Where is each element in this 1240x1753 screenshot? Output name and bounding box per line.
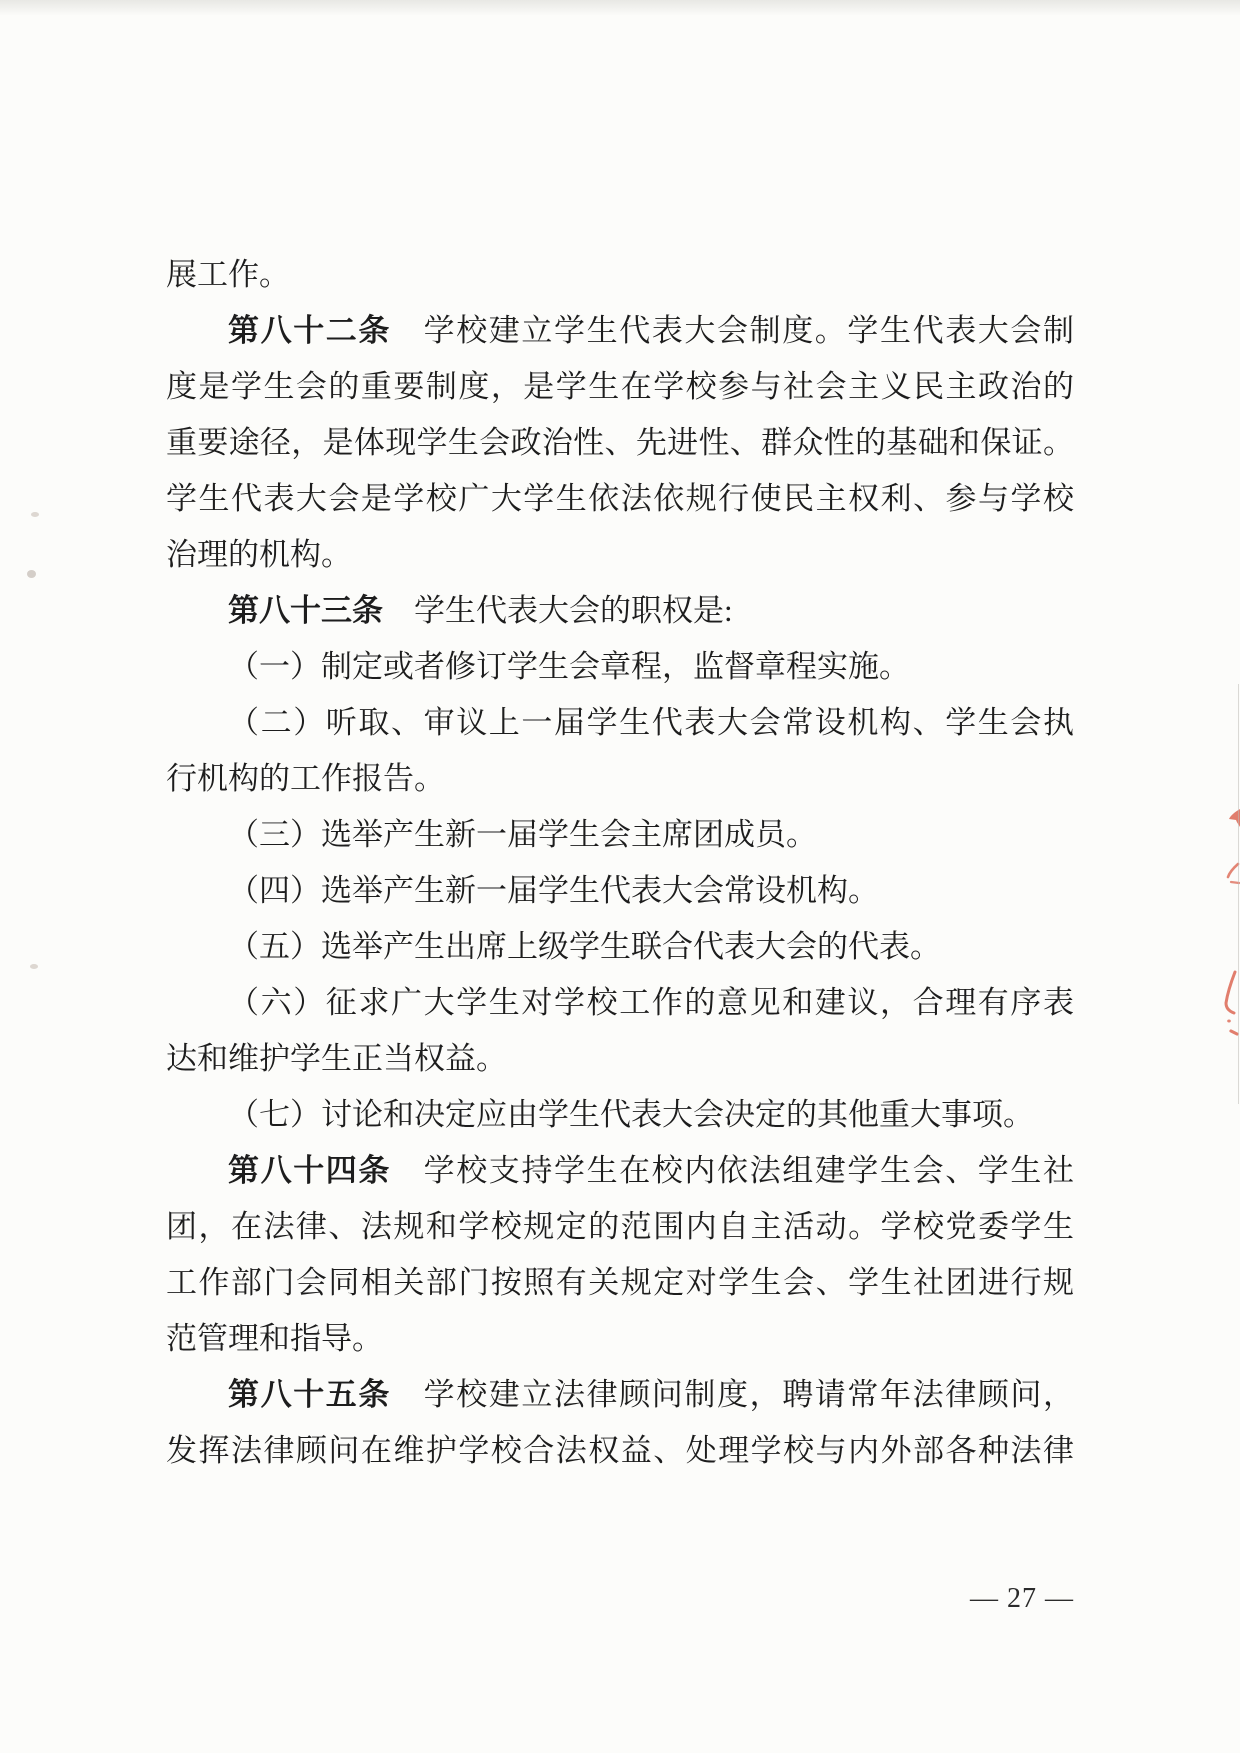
article-number: 第八十二条 [228, 313, 391, 348]
paragraph: （五）选举产生出席上级学生联合代表大会的代表。 [166, 919, 1074, 975]
paragraph: 第八十三条 学生代表大会的职权是: [166, 583, 1074, 639]
article-number: 第八十三条 [228, 593, 383, 628]
red-ink-marks [1218, 800, 1240, 1050]
text-line: 工作部门会同相关部门按照有关规定对学生会、学生社团进行规 [166, 1255, 1074, 1311]
page-number: — 27 — [922, 1583, 1122, 1615]
text-line: （四）选举产生新一届学生代表大会常设机构。 [166, 863, 1074, 919]
text-line: （五）选举产生出席上级学生联合代表大会的代表。 [166, 919, 1074, 975]
red-ink-stroke [1226, 972, 1235, 1013]
paragraph: （二）听取、审议上一届学生代表大会常设机构、学生会执行机构的工作报告。 [166, 695, 1074, 807]
text-line: 展工作。 [166, 247, 1074, 303]
scan-edge-line [1238, 684, 1239, 1104]
paper-speck [30, 964, 38, 969]
paragraph: （一）制定或者修订学生会章程，监督章程实施。 [166, 639, 1074, 695]
text-line: 第八十三条 学生代表大会的职权是: [166, 583, 1074, 639]
text-line: 行机构的工作报告。 [166, 751, 1074, 807]
text-line: （一）制定或者修订学生会章程，监督章程实施。 [166, 639, 1074, 695]
article-number: 第八十五条 [228, 1377, 391, 1412]
paragraph: （六）征求广大学生对学校工作的意见和建议，合理有序表达和维护学生正当权益。 [166, 975, 1074, 1087]
text-line: （三）选举产生新一届学生会主席团成员。 [166, 807, 1074, 863]
paragraph: （四）选举产生新一届学生代表大会常设机构。 [166, 863, 1074, 919]
paragraph: 展工作。 [166, 247, 1074, 303]
text-line: 治理的机构。 [166, 527, 1074, 583]
paper-speck [31, 512, 39, 517]
red-ink-stroke [1231, 1031, 1237, 1034]
text-line: 范管理和指导。 [166, 1311, 1074, 1367]
text-line: 度是学生会的重要制度，是学生在学校参与社会主义民主政治的 [166, 359, 1074, 415]
text-line: （二）听取、审议上一届学生代表大会常设机构、学生会执 [166, 695, 1074, 751]
paper-speck [27, 570, 36, 578]
scanned-page: 展工作。第八十二条 学校建立学生代表大会制度。学生代表大会制度是学生会的重要制度… [0, 0, 1240, 1753]
text-line: 第八十二条 学校建立学生代表大会制度。学生代表大会制 [166, 303, 1074, 359]
paragraph: 第八十二条 学校建立学生代表大会制度。学生代表大会制度是学生会的重要制度，是学生… [166, 303, 1074, 583]
paragraph: （七）讨论和决定应由学生代表大会决定的其他重大事项。 [166, 1087, 1074, 1143]
paragraph: （三）选举产生新一届学生会主席团成员。 [166, 807, 1074, 863]
document-body: 展工作。第八十二条 学校建立学生代表大会制度。学生代表大会制度是学生会的重要制度… [166, 247, 1074, 1479]
text-line: （六）征求广大学生对学校工作的意见和建议，合理有序表 [166, 975, 1074, 1031]
text-line: 发挥法律顾问在维护学校合法权益、处理学校与内外部各种法律 [166, 1423, 1074, 1479]
text-line: 团，在法律、法规和学校规定的范围内自主活动。学校党委学生 [166, 1199, 1074, 1255]
paragraph: 第八十五条 学校建立法律顾问制度，聘请常年法律顾问，发挥法律顾问在维护学校合法权… [166, 1367, 1074, 1479]
article-number: 第八十四条 [228, 1153, 391, 1188]
paragraph: 第八十四条 学校支持学生在校内依法组建学生会、学生社团，在法律、法规和学校规定的… [166, 1143, 1074, 1367]
text-line: （七）讨论和决定应由学生代表大会决定的其他重大事项。 [166, 1087, 1074, 1143]
red-ink-stroke [1228, 864, 1238, 877]
text-line: 重要途径，是体现学生会政治性、先进性、群众性的基础和保证。 [166, 415, 1074, 471]
text-line: 达和维护学生正当权益。 [166, 1031, 1074, 1087]
text-line: 第八十四条 学校支持学生在校内依法组建学生会、学生社 [166, 1143, 1074, 1199]
red-ink-dot [1227, 1020, 1231, 1023]
text-line: 第八十五条 学校建立法律顾问制度，聘请常年法律顾问， [166, 1367, 1074, 1423]
text-line: 学生代表大会是学校广大学生依法依规行使民主权利、参与学校 [166, 471, 1074, 527]
